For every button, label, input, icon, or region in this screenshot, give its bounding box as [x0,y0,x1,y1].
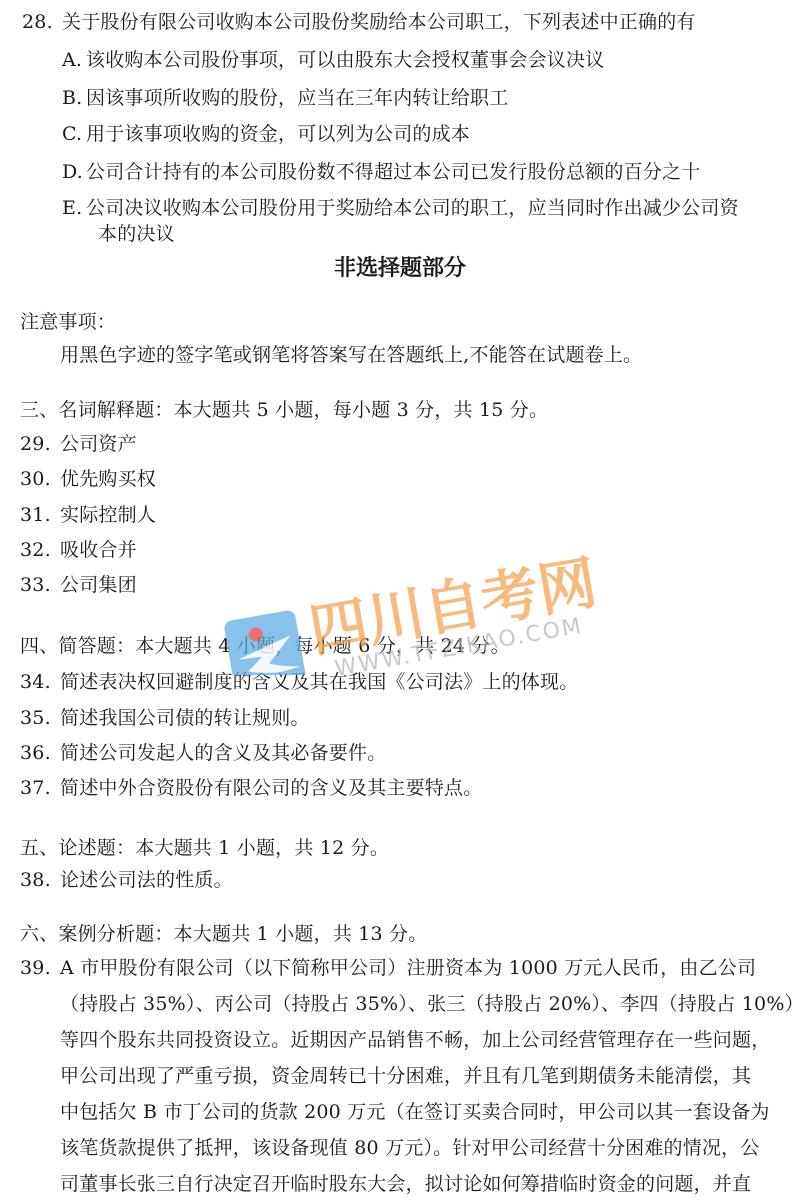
question-number: 38. [20,868,60,892]
question-28-stem: 28.关于股份有限公司收购本公司股份奖励给本公司职工，下列表述中正确的有 [22,10,696,34]
section-title: 四、简答题：本大题共 4 小题，每小题 6 分，共 24 分。 [20,634,510,658]
question-text: 论述公司法的性质。 [60,869,233,891]
question-31: 31.实际控制人 [20,503,156,527]
section-title: 三、名词解释题：本大题共 5 小题，每小题 3 分，共 15 分。 [20,398,548,422]
question-text: 简述中外合资股份有限公司的含义及其主要特点。 [60,777,482,799]
question-number: 39. [20,956,60,980]
section-title: 五、论述题：本大题共 1 小题，共 12 分。 [20,836,389,860]
question-text: 公司资产 [60,433,137,455]
question-39-line-5: 中包括欠 B 市丁公司的货款 200 万元（在签订买卖合同时，甲公司以其一套设备… [60,1100,770,1124]
option-text: 该收购本公司股份事项，可以由股东大会授权董事会会议决议 [86,49,604,71]
question-text: 关于股份有限公司收购本公司股份奖励给本公司职工，下列表述中正确的有 [62,11,696,33]
question-text: 公司集团 [60,574,137,596]
question-text: 简述我国公司债的转让规则。 [60,707,310,729]
option-text: 因该事项所收购的股份，应当在三年内转让给职工 [86,87,508,109]
question-text: 简述表决权回避制度的含义及其在我国《公司法》上的体现。 [60,671,578,693]
notice-title: 注意事项： [20,310,116,334]
question-number: 35. [20,706,60,730]
option-label: C. [62,122,86,146]
option-e-continuation: 本的决议 [98,222,175,246]
question-number: 31. [20,503,60,527]
option-label: D. [62,160,86,184]
question-number: 32. [20,538,60,562]
question-34: 34.简述表决权回避制度的含义及其在我国《公司法》上的体现。 [20,670,578,694]
question-36: 36.简述公司发起人的含义及其必备要件。 [20,741,386,765]
option-c: C.用于该事项收购的资金，可以列为公司的成本 [62,122,470,146]
section-title: 六、案例分析题：本大题共 1 小题，共 13 分。 [20,922,427,946]
option-text: 公司决议收购本公司股份用于奖励给本公司的职工，应当同时作出减少公司资 [86,197,739,219]
question-number: 37. [20,776,60,800]
question-text: 实际控制人 [60,504,156,526]
question-39-line-7: 司董事长张三自行决定召开临时股东大会，拟讨论如何筹措临时资金的问题，并直 [60,1172,751,1196]
part-heading: 非选择题部分 [0,255,800,283]
option-label: A. [62,48,86,72]
question-number: 28. [22,10,62,34]
question-text: 优先购买权 [60,468,156,490]
exam-page: 28.关于股份有限公司收购本公司股份奖励给本公司职工，下列表述中正确的有 A.该… [0,0,800,1200]
question-text: 简述公司发起人的含义及其必备要件。 [60,742,386,764]
question-39-line-4: 甲公司出现了严重亏损，资金周转已十分困难，并且有几笔到期债务未能清偿，其 [60,1064,751,1088]
question-35: 35.简述我国公司债的转让规则。 [20,706,310,730]
question-37: 37.简述中外合资股份有限公司的含义及其主要特点。 [20,776,482,800]
question-number: 29. [20,432,60,456]
question-39-line-6: 该笔货款提供了抵押，该设备现值 80 万元）。针对甲公司经营十分困难的情况，公 [60,1136,760,1160]
question-number: 36. [20,741,60,765]
question-number: 30. [20,467,60,491]
question-text: A 市甲股份有限公司（以下简称甲公司）注册资本为 1000 万元人民币，由乙公司 [60,957,756,979]
option-label: E. [62,196,86,220]
notice-text: 用黑色字迹的签字笔或钢笔将答案写在答题纸上,不能答在试题卷上。 [60,343,642,367]
option-d: D.公司合计持有的本公司股份数不得超过本公司已发行股份总额的百分之十 [62,160,700,184]
question-number: 33. [20,573,60,597]
option-label: B. [62,86,86,110]
question-29: 29.公司资产 [20,432,137,456]
question-30: 30.优先购买权 [20,467,156,491]
option-b: B.因该事项所收购的股份，应当在三年内转让给职工 [62,86,508,110]
option-a: A.该收购本公司股份事项，可以由股东大会授权董事会会议决议 [62,48,604,72]
question-33: 33.公司集团 [20,573,137,597]
question-number: 34. [20,670,60,694]
option-e: E.公司决议收购本公司股份用于奖励给本公司的职工，应当同时作出减少公司资 [62,196,739,220]
question-39-line-1: 39.A 市甲股份有限公司（以下简称甲公司）注册资本为 1000 万元人民币，由… [20,956,756,980]
question-39-line-2: （持股占 35%）、丙公司（持股占 35%）、张三（持股占 20%）、李四（持股… [60,992,800,1016]
question-38: 38.论述公司法的性质。 [20,868,233,892]
option-text: 用于该事项收购的资金，可以列为公司的成本 [86,123,470,145]
question-32: 32.吸收合并 [20,538,137,562]
question-text: 吸收合并 [60,539,137,561]
question-39-line-3: 等四个股东共同投资设立。近期因产品销售不畅，加上公司经营管理存在一些问题， [60,1028,770,1052]
option-text: 公司合计持有的本公司股份数不得超过本公司已发行股份总额的百分之十 [86,161,700,183]
